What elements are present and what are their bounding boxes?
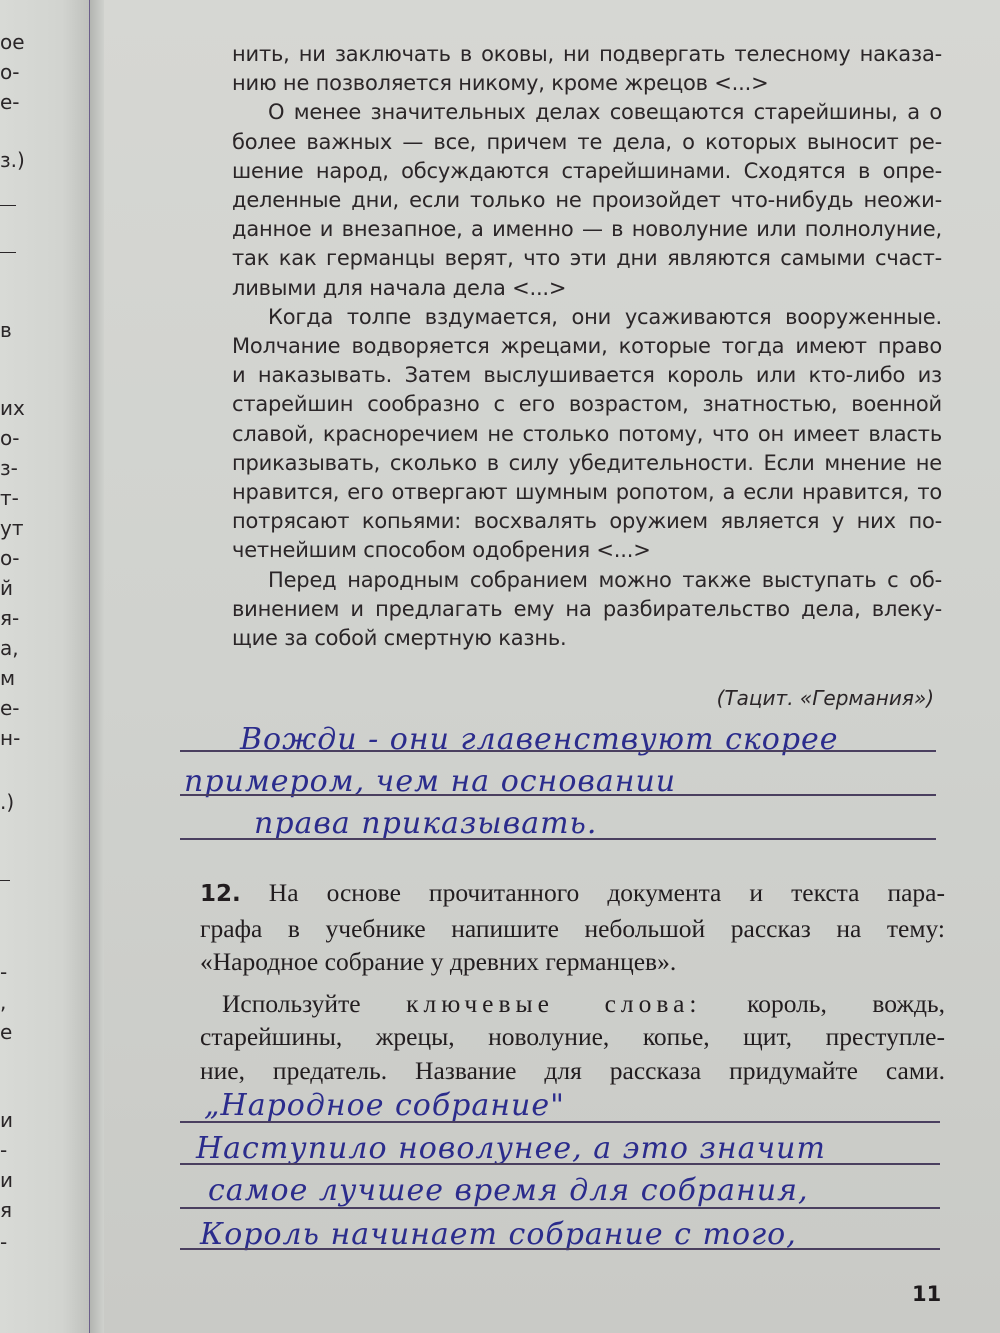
source-line: данное и внезапное, а именно — в новолун…	[232, 215, 942, 244]
source-line: Когда толпе вздумается, они усаживаются …	[232, 303, 942, 332]
left-page-edge: оео-е-з.)вихо-з-т-уто-йя-а,ме-н-.)-,еи-и…	[0, 0, 90, 1333]
answer-rule-line	[180, 750, 936, 752]
answer-rule-line	[180, 794, 936, 796]
source-line: винением и предлагать ему на разбиратель…	[232, 595, 942, 624]
left-page-text-fragment: е	[0, 1020, 12, 1044]
gutter-shadow	[90, 0, 104, 1333]
keywords-label: ключевые слова:	[406, 989, 701, 1018]
handwritten-answer-line: Вожди - они главенствуют скорее	[240, 722, 839, 757]
task-12-keywords-line: Используйте ключевые слова: король, вожд…	[200, 987, 945, 1021]
source-line: нравится, его отвергают шумным ропотом, …	[232, 478, 942, 507]
left-page-text-fragment: ое	[0, 30, 25, 54]
source-line: нию не позволяется никому, кроме жрецов …	[232, 69, 942, 98]
task-12-keywords-line: старейшины, жрецы, новолуние, копье, щит…	[200, 1020, 945, 1054]
task-12: 12. На основе прочитанного документа и т…	[200, 876, 945, 1087]
source-paragraph: Перед народным собранием можно также выс…	[232, 566, 942, 654]
source-line: четнейшим способом одобрения <...>	[232, 536, 942, 565]
source-line: приказывать, сколько в силу убедительнос…	[232, 449, 942, 478]
left-page-text-fragment: а,	[0, 636, 19, 660]
left-page-text-fragment: и	[0, 1168, 13, 1192]
source-attribution: (Тацит. «Германия»)	[717, 686, 934, 710]
left-page-text-fragment: й	[0, 576, 13, 600]
left-page-text-fragment: м	[0, 666, 15, 690]
left-page-rule	[0, 252, 16, 253]
source-paragraph: Когда толпе вздумается, они усаживаются …	[232, 303, 942, 566]
left-page-text-fragment: и	[0, 1108, 13, 1132]
handwritten-story-title: „Народное собрание"	[204, 1088, 565, 1123]
workbook-spread: оео-е-з.)вихо-з-т-уто-йя-а,ме-н-.)-,еи-и…	[0, 0, 1000, 1333]
left-page-text-fragment: з.)	[0, 148, 25, 172]
answer-rule-line	[180, 1248, 940, 1250]
answer-rule-line	[180, 1121, 940, 1123]
left-page-text-fragment: я	[0, 1198, 12, 1222]
left-page-text-fragment: ут	[0, 516, 24, 540]
source-line: более важных — все, причем те дела, о ко…	[232, 128, 942, 157]
handwritten-answer-line: Король начинает собрание с того,	[200, 1217, 797, 1252]
source-excerpt: нить, ни заключать в оковы, ни подвергат…	[232, 40, 942, 653]
left-page-text-fragment: в	[0, 318, 12, 342]
source-line: потрясают копьями: восхвалять оружием яв…	[232, 507, 942, 536]
page-number: 11	[912, 1282, 941, 1306]
left-page-text-fragment: о-	[0, 60, 19, 84]
source-line: ливыми для начала дела <...>	[232, 274, 942, 303]
answer-rule-line	[180, 1207, 940, 1209]
source-line: щие за собой смертную казнь.	[232, 624, 942, 653]
source-line: Перед народным собранием можно также выс…	[232, 566, 942, 595]
source-line: шение народ, обсуждаются старейшинами. С…	[232, 157, 942, 186]
handwritten-answer-line: права приказывать.	[254, 806, 597, 841]
left-page-text-fragment: о-	[0, 546, 19, 570]
left-page-text-fragment: т-	[0, 486, 19, 510]
left-page-text-fragment: .)	[0, 790, 14, 814]
source-line: О менее значительных делах совещаются ст…	[232, 98, 942, 127]
workbook-page: нить, ни заключать в оковы, ни подвергат…	[104, 0, 1000, 1333]
answer-rule-line	[180, 1163, 940, 1165]
left-page-text-fragment: -	[0, 1230, 7, 1254]
left-page-text-fragment: з-	[0, 456, 18, 480]
left-page-text-fragment: ,	[0, 990, 6, 1014]
task-number: 12.	[200, 881, 241, 907]
task-12-line: графа в учебнике напишите небольшой расс…	[200, 912, 945, 946]
left-page-text-fragment: -	[0, 960, 7, 984]
source-line: так как германцы верят, что эти дни явля…	[232, 244, 942, 273]
task-12-line: «Народное собрание у древних германцев».	[200, 945, 945, 979]
source-paragraph: О менее значительных делах совещаются ст…	[232, 98, 942, 302]
handwritten-answer-line: Наступило новолунее, а это значит	[196, 1131, 826, 1166]
source-line: деленные дни, если только не произойдет …	[232, 186, 942, 215]
source-line: старейшин сообразно с его возрастом, зна…	[232, 390, 942, 419]
source-line: и наказывать. Затем выслушивается король…	[232, 361, 942, 390]
task-12-keywords-line: ние, предатель. Название для рассказа пр…	[200, 1054, 945, 1088]
left-page-rule	[0, 205, 16, 206]
left-page-rule	[0, 880, 10, 881]
left-page-text-fragment: н-	[0, 726, 20, 750]
left-page-text-fragment: их	[0, 396, 25, 420]
answer-rule-line	[180, 838, 936, 840]
left-page-text-fragment: о-	[0, 426, 19, 450]
left-page-text-fragment: -	[0, 1138, 7, 1162]
handwritten-answer-line: самое лучшее время для собрания,	[208, 1173, 809, 1208]
left-page-text-fragment: е-	[0, 90, 20, 114]
left-page-text-fragment: е-	[0, 696, 20, 720]
source-line: нить, ни заключать в оковы, ни подвергат…	[232, 40, 942, 69]
source-paragraph: нить, ни заключать в оковы, ни подвергат…	[232, 40, 942, 98]
source-line: Молчание водворяется жрецами, которые то…	[232, 332, 942, 361]
source-line: славой, красноречием не столько потому, …	[232, 420, 942, 449]
task-12-line: 12. На основе прочитанного документа и т…	[200, 876, 945, 912]
left-page-text-fragment: я-	[0, 606, 19, 630]
